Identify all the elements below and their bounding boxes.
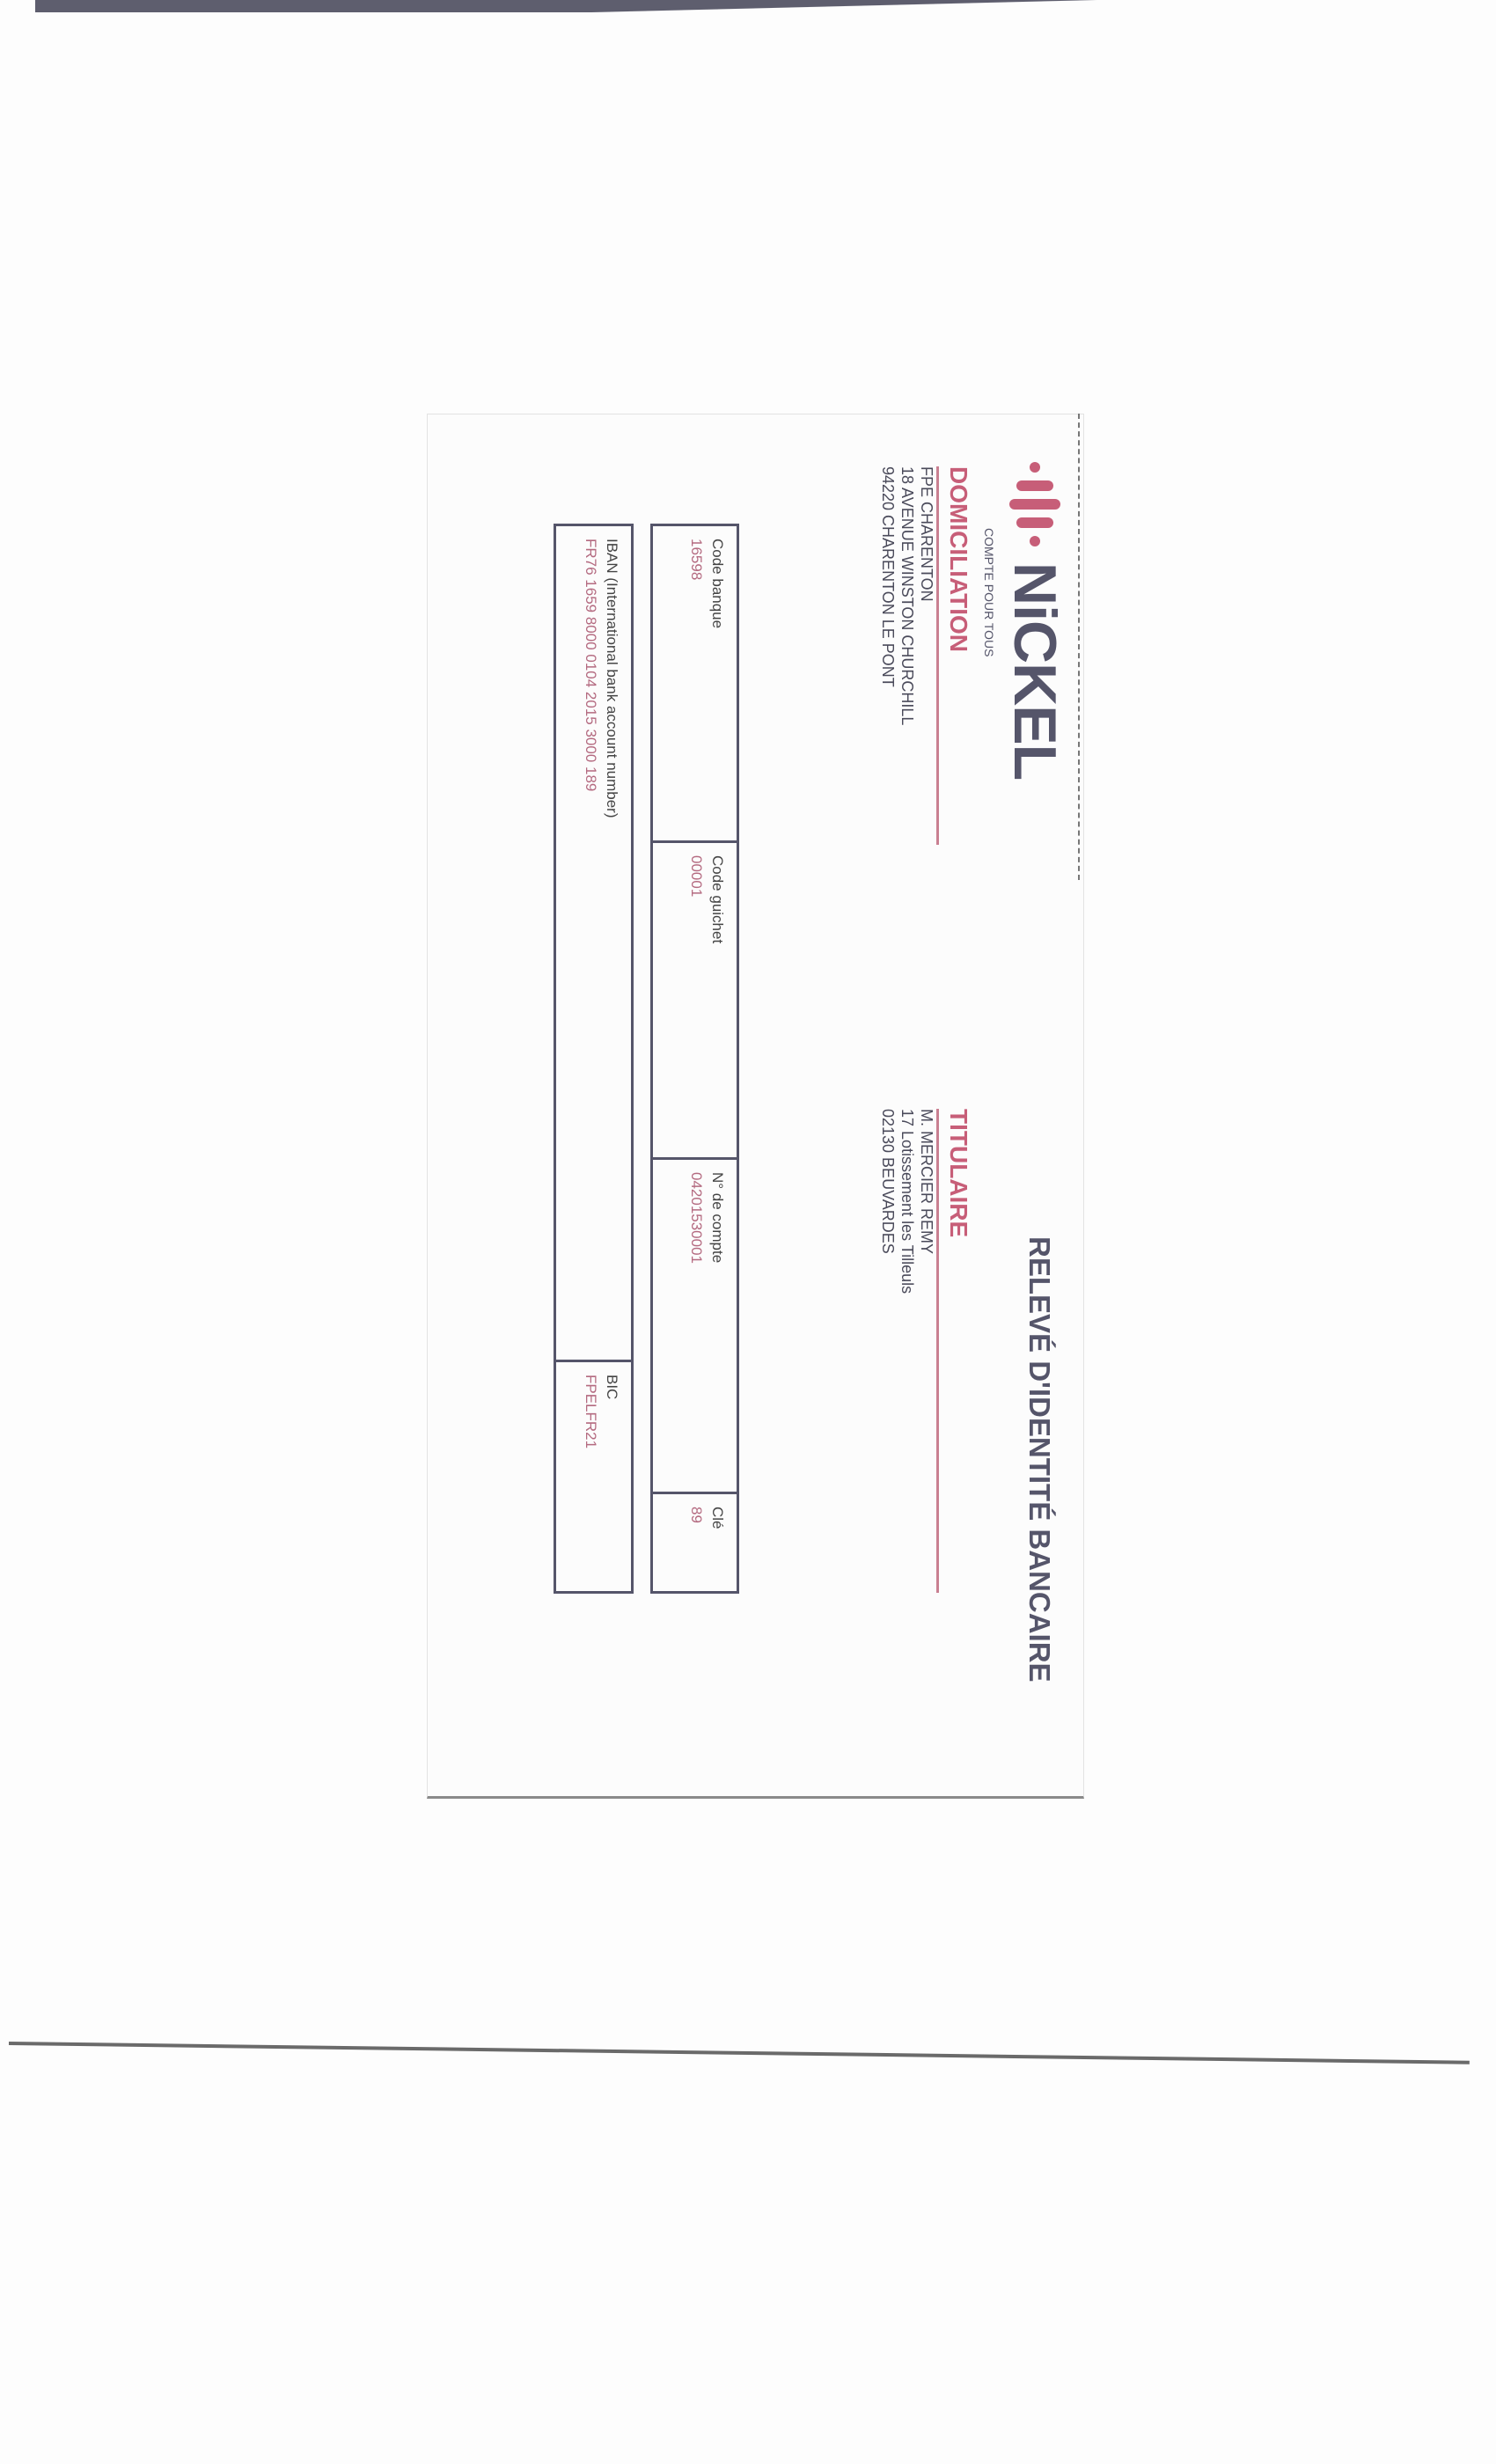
titulaire-line: 02130 BEUVARDES [878,1109,898,1593]
bic-value: FPELFR21 [582,1375,599,1579]
bic-cell: BIC FPELFR21 [556,1362,631,1591]
code-guichet-cell: Code guichet 00001 [653,843,737,1160]
domiciliation-line: FPE CHARENTON [917,466,936,845]
titulaire-line: 17 Lotissement les Tilleuls [898,1109,917,1593]
titulaire-heading: TITULAIRE [936,1109,972,1593]
iban-table: IBAN (International bank account number)… [554,524,634,1594]
numero-compte-cell: N° de compte 04201530001 [653,1160,737,1494]
code-guichet-value: 00001 [687,855,705,1145]
brand-name: NiCKEL [1005,562,1065,780]
titulaire-line: M. MERCIER REMY [917,1109,936,1593]
code-banque-value: 16598 [687,539,705,828]
domiciliation-section: DOMICILIATION FPE CHARENTON 18 AVENUE WI… [878,466,972,845]
code-banque-cell: Code banque 16598 [653,526,737,843]
titulaire-section: TITULAIRE M. MERCIER REMY 17 Lotissement… [878,1109,972,1593]
nickel-logo: NiCKEL [1005,462,1065,780]
cle-cell: Clé 89 [653,1494,737,1591]
iban-value: FR76 1659 8000 0104 2015 3000 189 [582,539,599,1347]
iban-cell: IBAN (International bank account number)… [556,526,631,1362]
rib-table: Code banque 16598 Code guichet 00001 N° … [650,524,739,1594]
logo-bars-icon [1009,462,1060,546]
domiciliation-heading: DOMICILIATION [936,466,972,845]
domiciliation-line: 94220 CHARENTON LE PONT [878,466,898,845]
brand-tagline: COMPTE POUR TOUS [982,528,996,657]
document-title: RELEVÉ D'IDENTITÉ BANCAIRE [1023,1236,1056,1683]
numero-compte-value: 04201530001 [687,1172,705,1479]
cle-value: 89 [687,1507,705,1579]
domiciliation-line: 18 AVENUE WINSTON CHURCHILL [898,466,917,845]
rib-content: NiCKEL COMPTE POUR TOUS RELEVÉ D'IDENTIT… [427,414,1082,1795]
scan-top-edge [35,0,1443,12]
scan-page-edge [9,2042,1470,2064]
